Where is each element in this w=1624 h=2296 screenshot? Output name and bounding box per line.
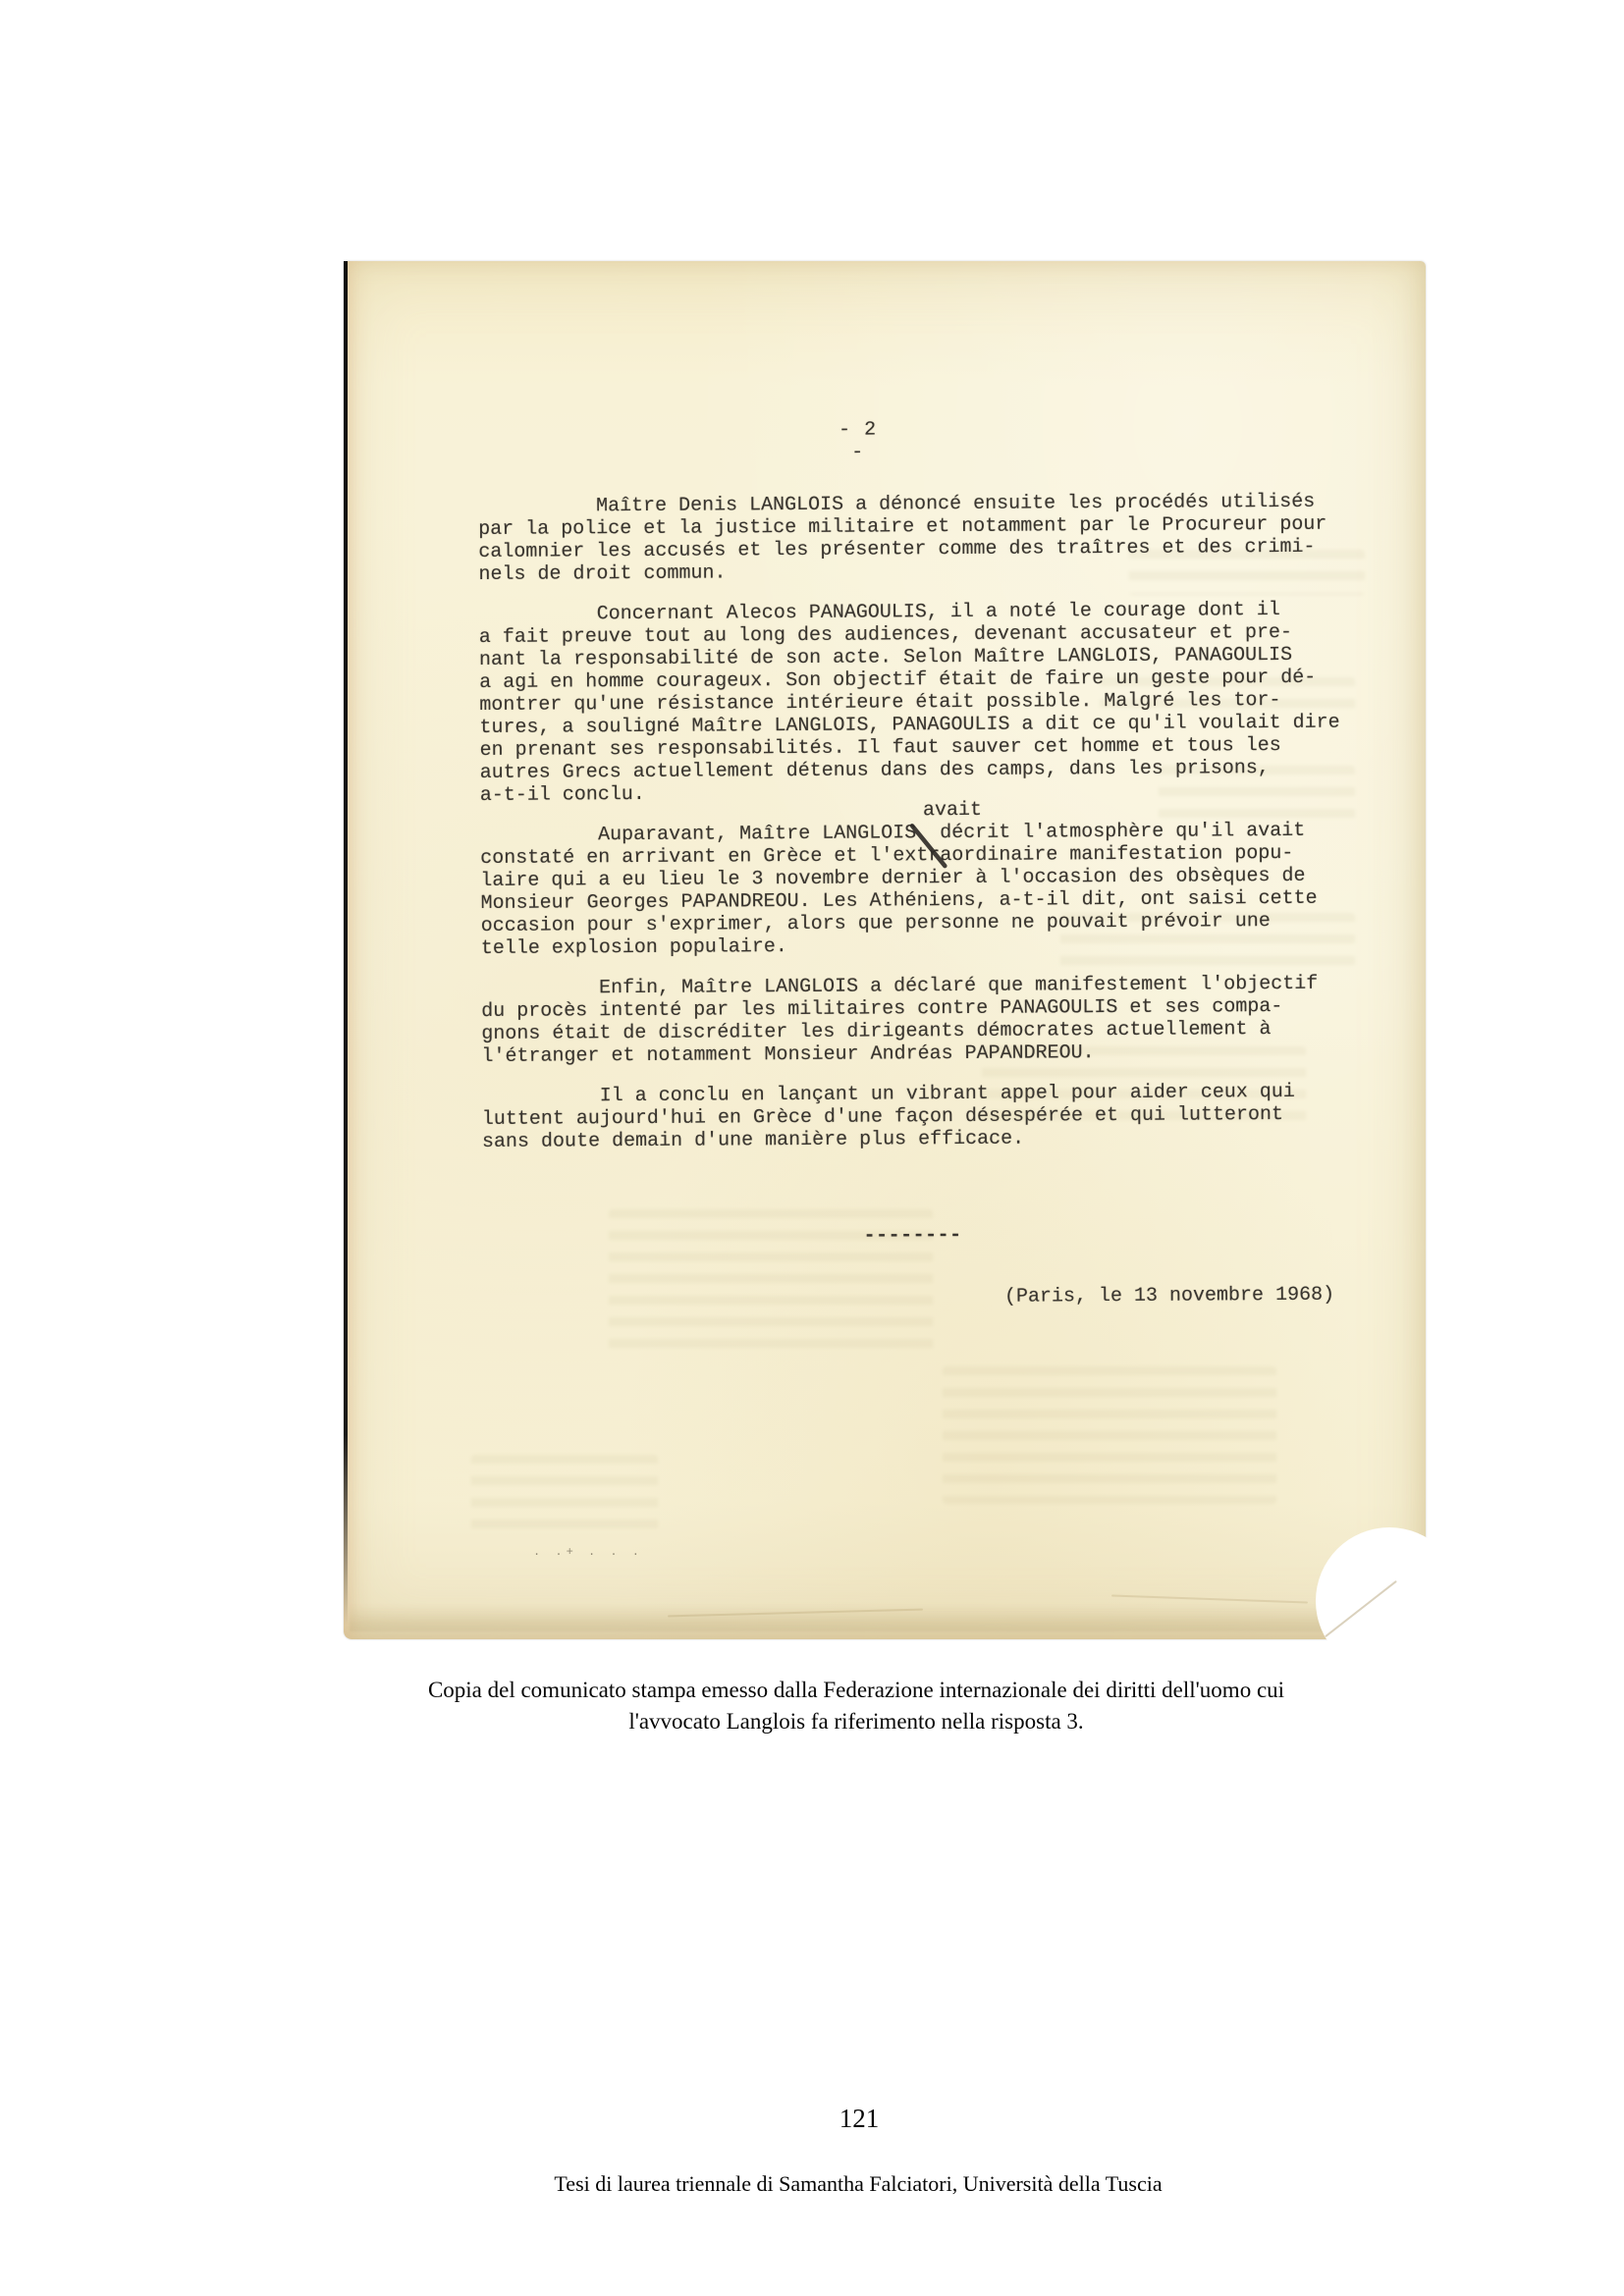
scan-left-edge-line <box>344 261 348 1626</box>
typed-line: sans doute demain d'une manière plus eff… <box>482 1125 1378 1153</box>
curled-corner <box>1316 1527 1463 1675</box>
typed-line: telle explosion populaire. <box>481 932 1377 960</box>
insertion-caret-mark <box>908 823 949 870</box>
typed-line: l'étranger et notamment Monsieur Andréas… <box>481 1040 1377 1068</box>
handtyped-insertion-word: avait <box>923 799 982 822</box>
typed-line: nels de droit commun. <box>478 558 1374 586</box>
paragraph: Enfin, Maître LANGLOIS a déclaré que man… <box>481 972 1378 1068</box>
thesis-footer: Tesi di laurea triennale di Samantha Fal… <box>0 2171 1624 2197</box>
paper-crease <box>350 1604 1382 1631</box>
page-number: 121 <box>0 2104 1624 2134</box>
scanned-press-release: - 2 - Maître Denis LANGLOIS a dénoncé en… <box>344 261 1426 1639</box>
typewritten-text-block: - 2 - Maître Denis LANGLOIS a dénoncé en… <box>478 490 1378 1171</box>
paragraph: Concernant Alecos PANAGOULIS, il a noté … <box>479 598 1376 807</box>
paper-crease <box>1111 1595 1308 1604</box>
typed-divider-dashes: -------- <box>864 1224 962 1248</box>
figure-caption-line2: l'avvocato Langlois fa riferimento nella… <box>88 1706 1624 1737</box>
paragraph: Maître Denis LANGLOIS a dénoncé ensuite … <box>478 490 1375 586</box>
figure-caption: Copia del comunicato stampa emesso dalla… <box>0 1675 1624 1737</box>
showthrough-smudge <box>471 1455 658 1539</box>
figure-caption-line1: Copia del comunicato stampa emesso dalla… <box>88 1675 1624 1706</box>
scan-specks: . .+ . . . <box>533 1545 643 1559</box>
thesis-page: - 2 - Maître Denis LANGLOIS a dénoncé en… <box>0 0 1624 2296</box>
paragraph: Il a conclu en lançant un vibrant appel … <box>482 1080 1378 1153</box>
scan-page-number: - 2 - <box>828 418 889 463</box>
showthrough-smudge <box>943 1366 1276 1504</box>
dateline: (Paris, le 13 novembre 1968) <box>1004 1284 1334 1308</box>
